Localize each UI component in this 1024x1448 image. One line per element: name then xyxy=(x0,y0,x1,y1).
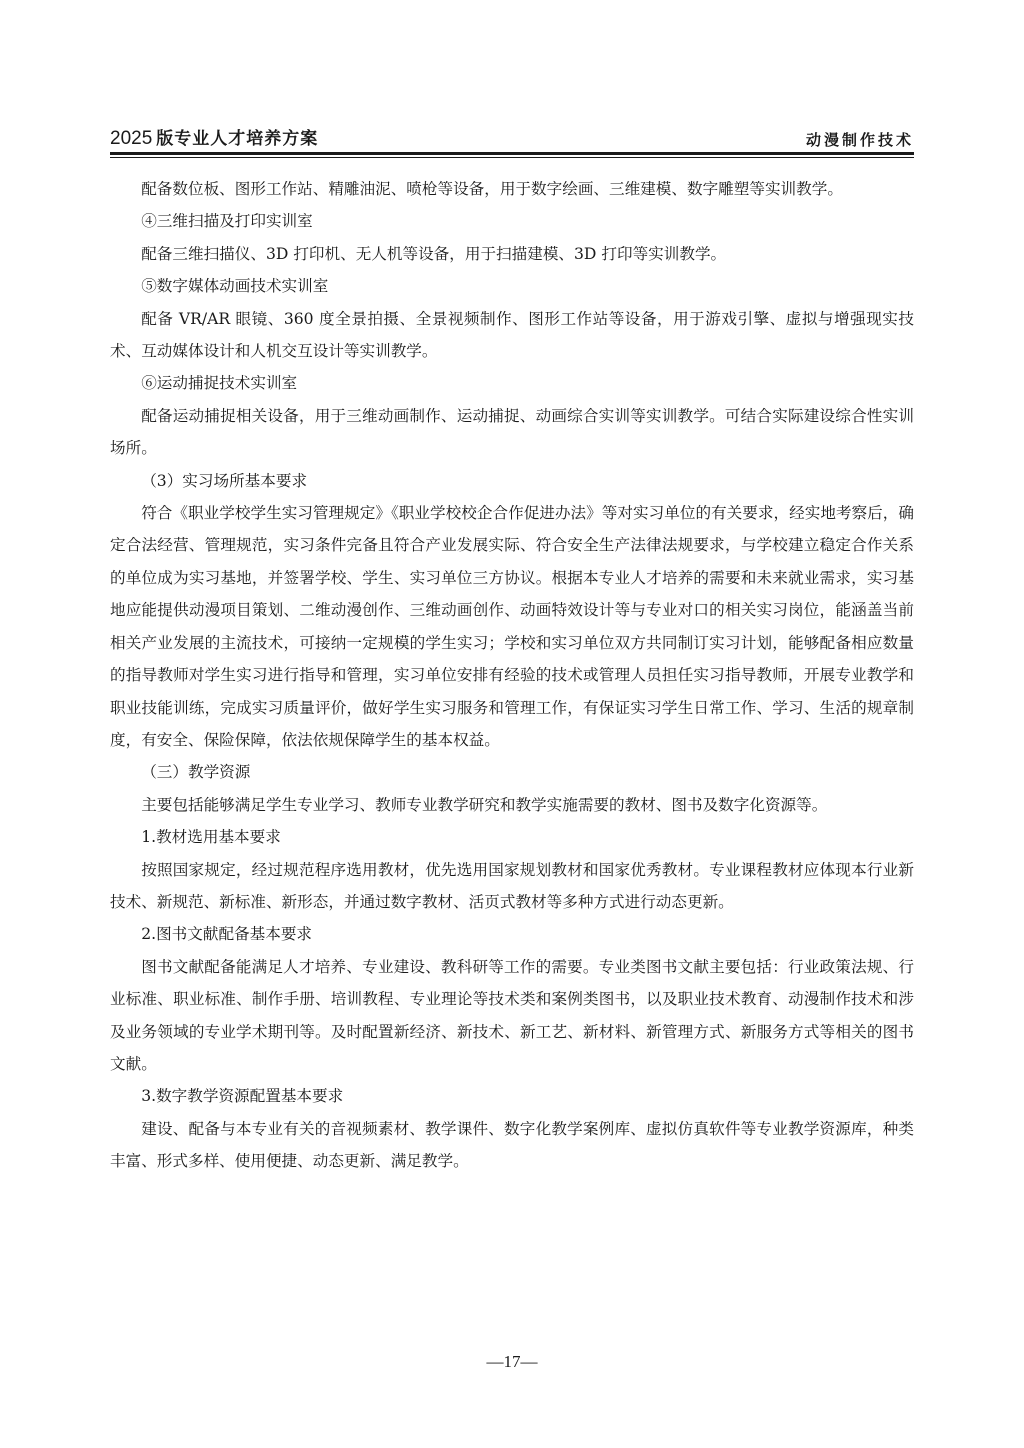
paragraph: 建设、配备与本专业有关的音视频素材、教学课件、数字化教学案例库、虚拟仿真软件等专… xyxy=(110,1113,914,1178)
paragraph: 主要包括能够满足学生专业学习、教师专业教学研究和教学实施需要的教材、图书及数字化… xyxy=(110,789,914,821)
major-name: 动漫制作技术 xyxy=(806,129,914,150)
paragraph: 图书文献配备能满足人才培养、专业建设、教科研等工作的需要。专业类图书文献主要包括… xyxy=(110,951,914,1081)
section-heading: （三）教学资源 xyxy=(110,756,914,788)
paragraph: 配备运动捕捉相关设备，用于三维动画制作、运动捕捉、动画综合实训等实训教学。可结合… xyxy=(110,400,914,465)
paragraph: 配备三维扫描仪、3D 打印机、无人机等设备，用于扫描建模、3D 打印等实训教学。 xyxy=(110,238,914,270)
header-rule-thin xyxy=(110,157,914,158)
document-year: 2025 xyxy=(110,128,152,149)
paragraph: 按照国家规定，经过规范程序选用教材，优先选用国家规划教材和国家优秀教材。专业课程… xyxy=(110,854,914,919)
section-heading: （3）实习场所基本要求 xyxy=(110,465,914,497)
document-title: 2025版专业人才培养方案 xyxy=(110,124,318,150)
section-heading: ⑤数字媒体动画技术实训室 xyxy=(110,270,914,302)
page-body: 配备数位板、图形工作站、精雕油泥、喷枪等设备，用于数字绘画、三维建模、数字雕塑等… xyxy=(110,173,914,1178)
section-heading: ⑥运动捕捉技术实训室 xyxy=(110,367,914,399)
page-number: —17— xyxy=(0,1352,1024,1372)
section-heading: ④三维扫描及打印实训室 xyxy=(110,205,914,237)
page-header: 2025版专业人才培养方案 动漫制作技术 xyxy=(110,124,914,150)
paragraph: 配备 VR/AR 眼镜、360 度全景拍摄、全景视频制作、图形工作站等设备，用于… xyxy=(110,303,914,368)
paragraph: 符合《职业学校学生实习管理规定》《职业学校校企合作促进办法》等对实习单位的有关要… xyxy=(110,497,914,756)
document-title-text: 版专业人才培养方案 xyxy=(156,129,318,149)
section-heading: 1.教材选用基本要求 xyxy=(110,821,914,853)
section-heading: 2.图书文献配备基本要求 xyxy=(110,918,914,950)
header-rule-thick xyxy=(110,152,914,155)
paragraph: 配备数位板、图形工作站、精雕油泥、喷枪等设备，用于数字绘画、三维建模、数字雕塑等… xyxy=(110,173,914,205)
section-heading: 3.数字教学资源配置基本要求 xyxy=(110,1080,914,1112)
